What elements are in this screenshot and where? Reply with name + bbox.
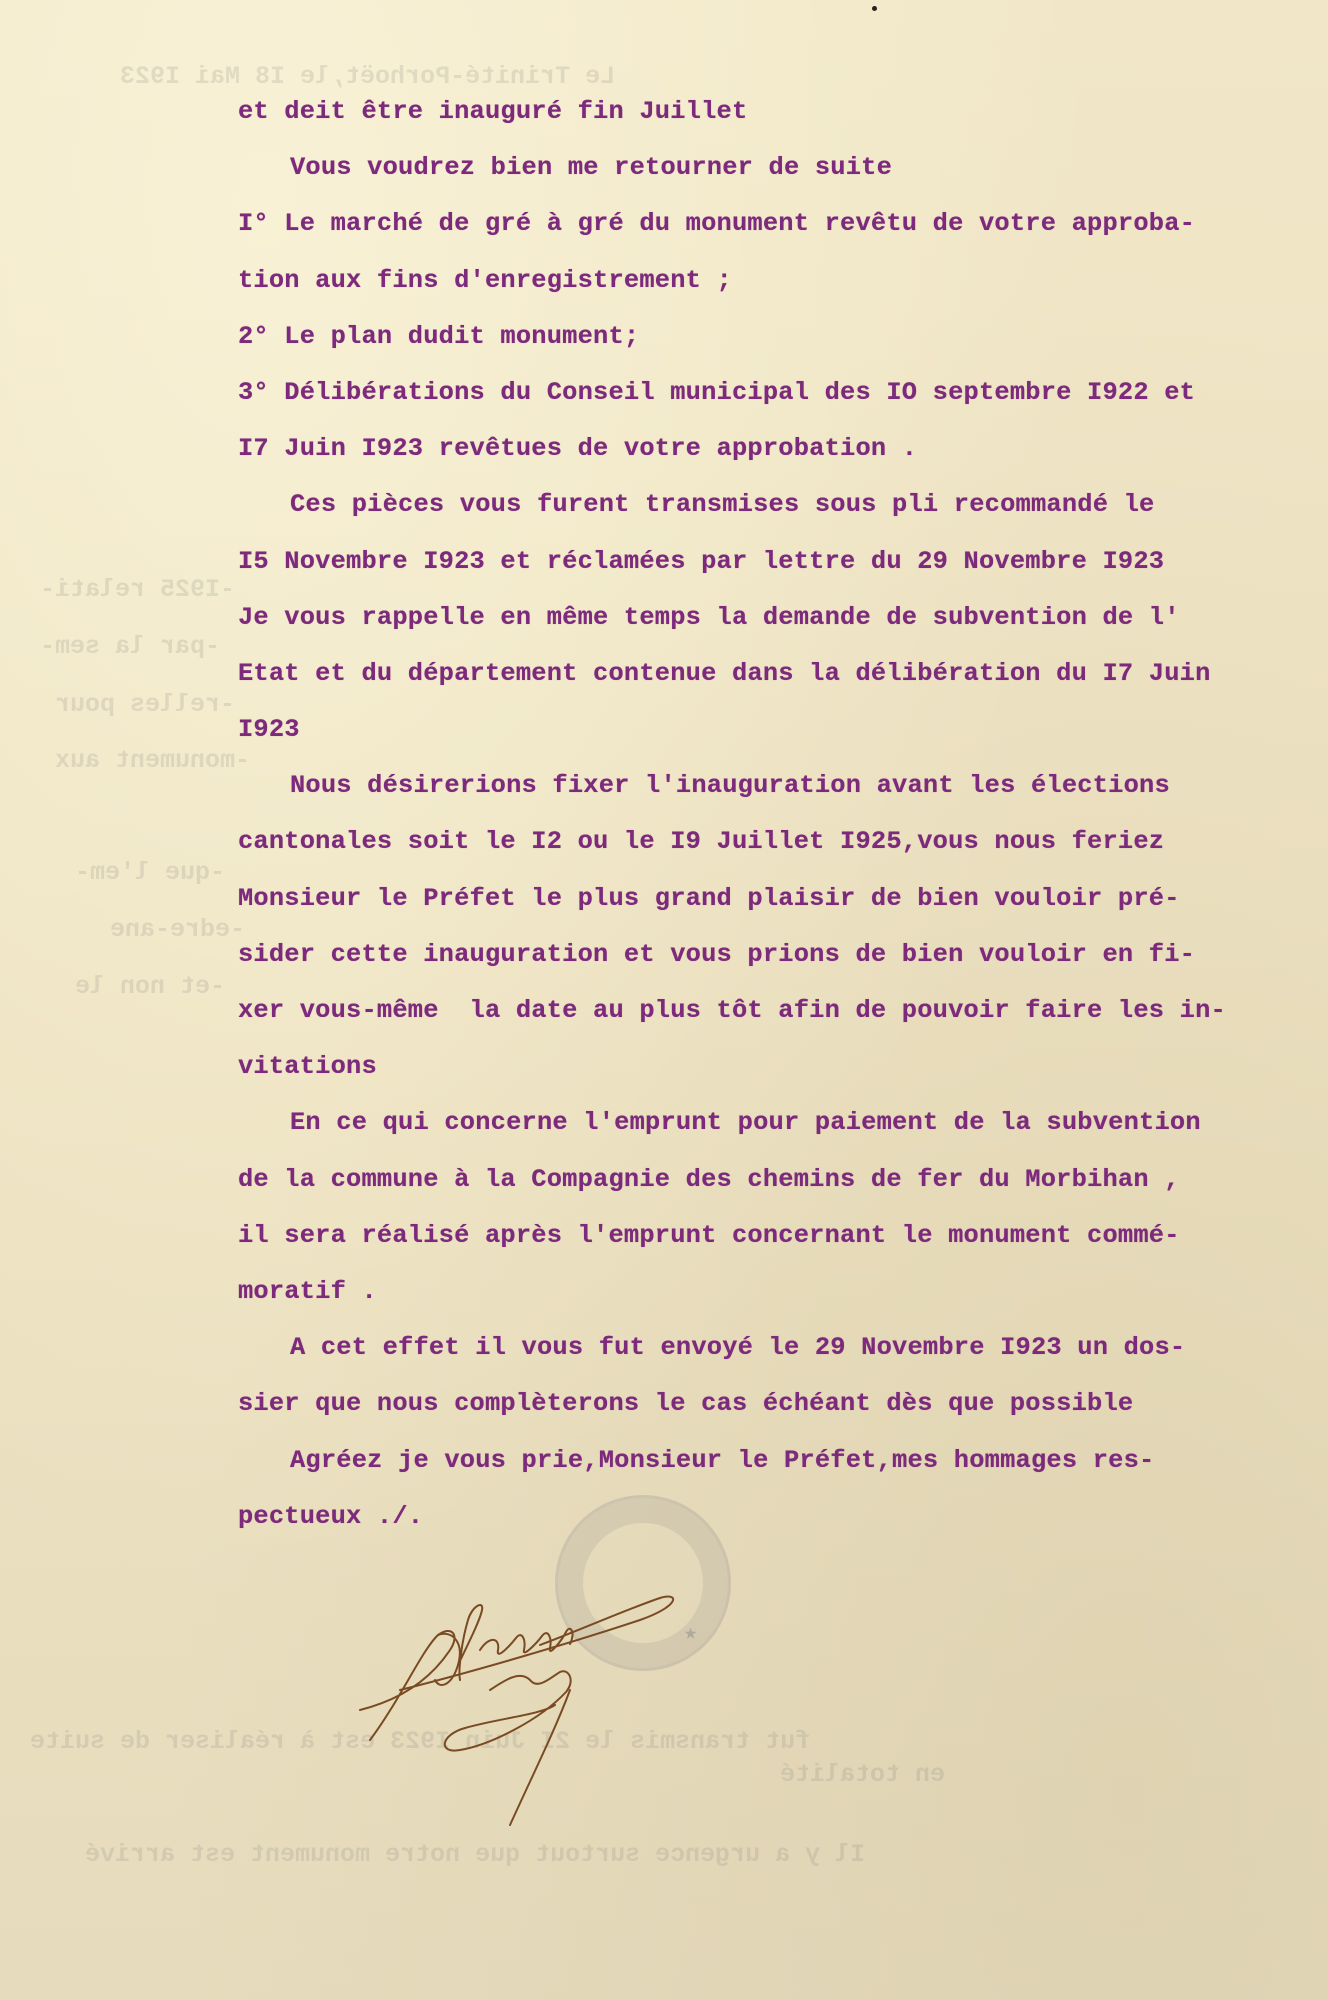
text-line: Ces pièces vous furent transmises sous p… (238, 477, 1298, 533)
text-line: Etat et du département contenue dans la … (238, 646, 1298, 702)
handwritten-signature (340, 1540, 700, 1840)
bleed-through-line: en totalité (780, 1760, 945, 1789)
text-line: Je vous rappelle en même temps la demand… (238, 590, 1298, 646)
text-line: moratif . (238, 1264, 1298, 1320)
text-line: I° Le marché de gré à gré du monument re… (238, 196, 1298, 252)
bleed-through-line: -edre-ane (110, 915, 245, 944)
letter-body: et deit être inauguré fin Juillet Vous v… (238, 84, 1298, 1545)
text-line: vitations (238, 1039, 1298, 1095)
text-line: et deit être inauguré fin Juillet (238, 84, 1298, 140)
text-line: I7 Juin I923 revêtues de votre approbati… (238, 421, 1298, 477)
text-line: de la commune à la Compagnie des chemins… (238, 1152, 1298, 1208)
text-line: I5 Novembre I923 et réclamées par lettre… (238, 534, 1298, 590)
text-line: pectueux ./. (238, 1489, 1298, 1545)
bleed-through-line: Il y a urgence surtout que notre monumen… (85, 1840, 865, 1869)
bleed-through-line: -et non le (75, 972, 225, 1001)
text-line: I923 (238, 702, 1298, 758)
punch-mark (872, 6, 877, 11)
text-line: tion aux fins d'enregistrement ; (238, 253, 1298, 309)
text-line: cantonales soit le I2 ou le I9 Juillet I… (238, 814, 1298, 870)
bleed-through-line: -que l'em- (75, 858, 225, 887)
bleed-through-line: -monument aux (55, 746, 250, 775)
text-line: Nous désirerions fixer l'inauguration av… (238, 758, 1298, 814)
bleed-through-line: -par la sem- (40, 632, 220, 661)
text-line: En ce qui concerne l'emprunt pour paieme… (238, 1095, 1298, 1151)
text-line: 3° Délibérations du Conseil municipal de… (238, 365, 1298, 421)
text-line: A cet effet il vous fut envoyé le 29 Nov… (238, 1320, 1298, 1376)
text-line: Agréez je vous prie,Monsieur le Préfet,m… (238, 1433, 1298, 1489)
text-line: sier que nous complèterons le cas échéan… (238, 1376, 1298, 1432)
text-line: xer vous-même la date au plus tôt afin d… (238, 983, 1298, 1039)
text-line: Monsieur le Préfet le plus grand plaisir… (238, 871, 1298, 927)
bleed-through-line: -I925 relati- (40, 575, 235, 604)
bleed-through-line: -relles pour (55, 690, 235, 719)
text-line: Vous voudrez bien me retourner de suite (238, 140, 1298, 196)
text-line: 2° Le plan dudit monument; (238, 309, 1298, 365)
text-line: il sera réalisé après l'emprunt concerna… (238, 1208, 1298, 1264)
text-line: sider cette inauguration et vous prions … (238, 927, 1298, 983)
